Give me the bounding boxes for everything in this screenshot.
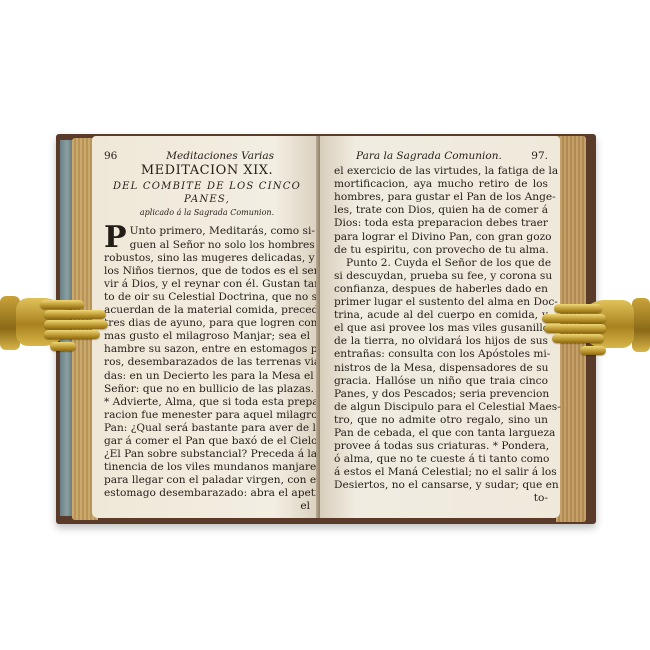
text-line: ¿El Pan sobre substancial? Preceda á la … <box>104 448 310 461</box>
text-line: hombres, para gustar el Pan de los Ange- <box>334 191 548 204</box>
text-line: das: en un Decierto les para la Mesa el <box>104 370 310 383</box>
text-line: primer lugar el sustento del alma en Doc… <box>334 296 548 309</box>
text-line: estomago desembarazado: abra el apetito <box>104 487 310 500</box>
text-line: Desiertos, no el cansarse, y sudar; que … <box>334 479 548 492</box>
text-line: confianza, despues de haberles dado en <box>334 283 548 296</box>
text-line: mas gusto el milagroso Manjar; sea el <box>104 330 310 343</box>
text-line: mortificacion, aya mucho retiro de los <box>334 178 548 191</box>
brass-hand-clip-right <box>540 292 650 362</box>
text-line: el que asi provee los mas viles gusanill… <box>334 322 548 335</box>
running-head: Para la Sagrada Comunion. <box>356 150 502 163</box>
text-line: vir á Dios, y el reynar con él. Gustan t… <box>104 278 310 291</box>
text-line: entrañas: consulta con los Apóstoles mi- <box>334 348 548 361</box>
text-line: Pan de cebada, el que con tanta largueza <box>334 427 548 440</box>
left-body-text: P Unto primero, Meditarás, como si- guen… <box>104 225 310 513</box>
text-line: Dios: toda esta preparacion debes traer <box>334 217 548 230</box>
text-line: de algun Discipulo para el Celestial Mae… <box>334 401 548 414</box>
text-line: Unto primero, Meditarás, como si- <box>104 225 310 238</box>
text-line: provee á todas sus criaturas. * Pondera, <box>334 440 548 453</box>
page-number: 97. <box>531 150 548 163</box>
meditation-subtitle: DEL COMBITE DE LOS CINCO PANES, <box>104 180 310 206</box>
text-line: si descuydan, prueba su fee, y corona su <box>334 270 548 283</box>
photo-scene: 96 Meditaciones Varias MEDITACION XIX. D… <box>0 0 650 650</box>
text-line: to de oir su Celestial Doctrina, que no … <box>104 291 310 304</box>
left-page: 96 Meditaciones Varias MEDITACION XIX. D… <box>92 136 320 518</box>
text-line: tro, que no admite otro regalo, sino un <box>334 414 548 427</box>
text-line: tres dias de ayuno, para que logren con <box>104 317 310 330</box>
right-page: Para la Sagrada Comunion. 97. el exercic… <box>320 136 560 518</box>
text-line: Señor: que no en bullicio de las plazas. <box>104 383 310 396</box>
brass-hand-clip-left <box>0 290 112 360</box>
catchword: to- <box>334 492 548 505</box>
text-line: hambre su sazon, entre en estomagos pu- <box>104 343 310 356</box>
text-line: Pan: ¿Qual será bastante para aver de ll… <box>104 422 310 435</box>
text-line: acuerdan de la material comida, preceden <box>104 304 310 317</box>
text-line: tinencia de los viles mundanos manjares <box>104 461 310 474</box>
text-line: ó alma, que no te cueste á ti tanto como <box>334 453 548 466</box>
text-line: á estos el Maná Celestial; no el salir á… <box>334 466 548 479</box>
text-line: ros, desembarazados de las terrenas vian… <box>104 356 310 369</box>
running-head: Meditaciones Varias <box>166 150 274 163</box>
right-running-head: Para la Sagrada Comunion. 97. <box>334 150 548 163</box>
text-line: Punto 2. Cuyda el Señor de los que de <box>334 257 548 270</box>
page-number: 96 <box>104 150 117 163</box>
meditation-subtitle-2: aplicado á la Sagrada Comunion. <box>104 206 310 219</box>
text-line: de la tierra, no olvidará los hijos de s… <box>334 335 548 348</box>
text-line: gracia. Hallóse un niño que traia cinco <box>334 375 548 388</box>
text-line: robustos, sino las mugeres delicadas, y <box>104 252 310 265</box>
text-line: les, trate con Dios, quien ha de comer á <box>334 204 548 217</box>
text-line: el exercicio de las virtudes, la fatiga … <box>334 165 548 178</box>
text-line: racion fue menester para aquel milagroso <box>104 409 310 422</box>
text-line: para llegar con el paladar virgen, con e… <box>104 474 310 487</box>
text-line: Panes, y dos Pescados; seria prevencion <box>334 388 548 401</box>
text-line: guen al Señor no solo los hombres <box>104 239 310 252</box>
text-line: nistros de la Mesa, dispensadores de su <box>334 362 548 375</box>
text-line: para lograr el Divino Pan, con gran gozo <box>334 231 548 244</box>
text-line: los Niños tiernos, que de todos es el se… <box>104 265 310 278</box>
right-body-text: el exercicio de las virtudes, la fatiga … <box>334 165 548 505</box>
catchword: el <box>104 500 310 513</box>
drop-cap: P <box>104 225 127 251</box>
text-line: trina, acude al del cuerpo en comida, y <box>334 309 548 322</box>
text-line: gar á comer el Pan que baxó de el Cielo? <box>104 435 310 448</box>
left-running-head: 96 Meditaciones Varias <box>104 150 310 163</box>
text-line: * Advierte, Alma, que si toda esta prepa… <box>104 396 310 409</box>
text-line: de tu espiritu, con provecho de tu alma. <box>334 244 548 257</box>
meditation-title: MEDITACION XIX. <box>104 164 310 177</box>
